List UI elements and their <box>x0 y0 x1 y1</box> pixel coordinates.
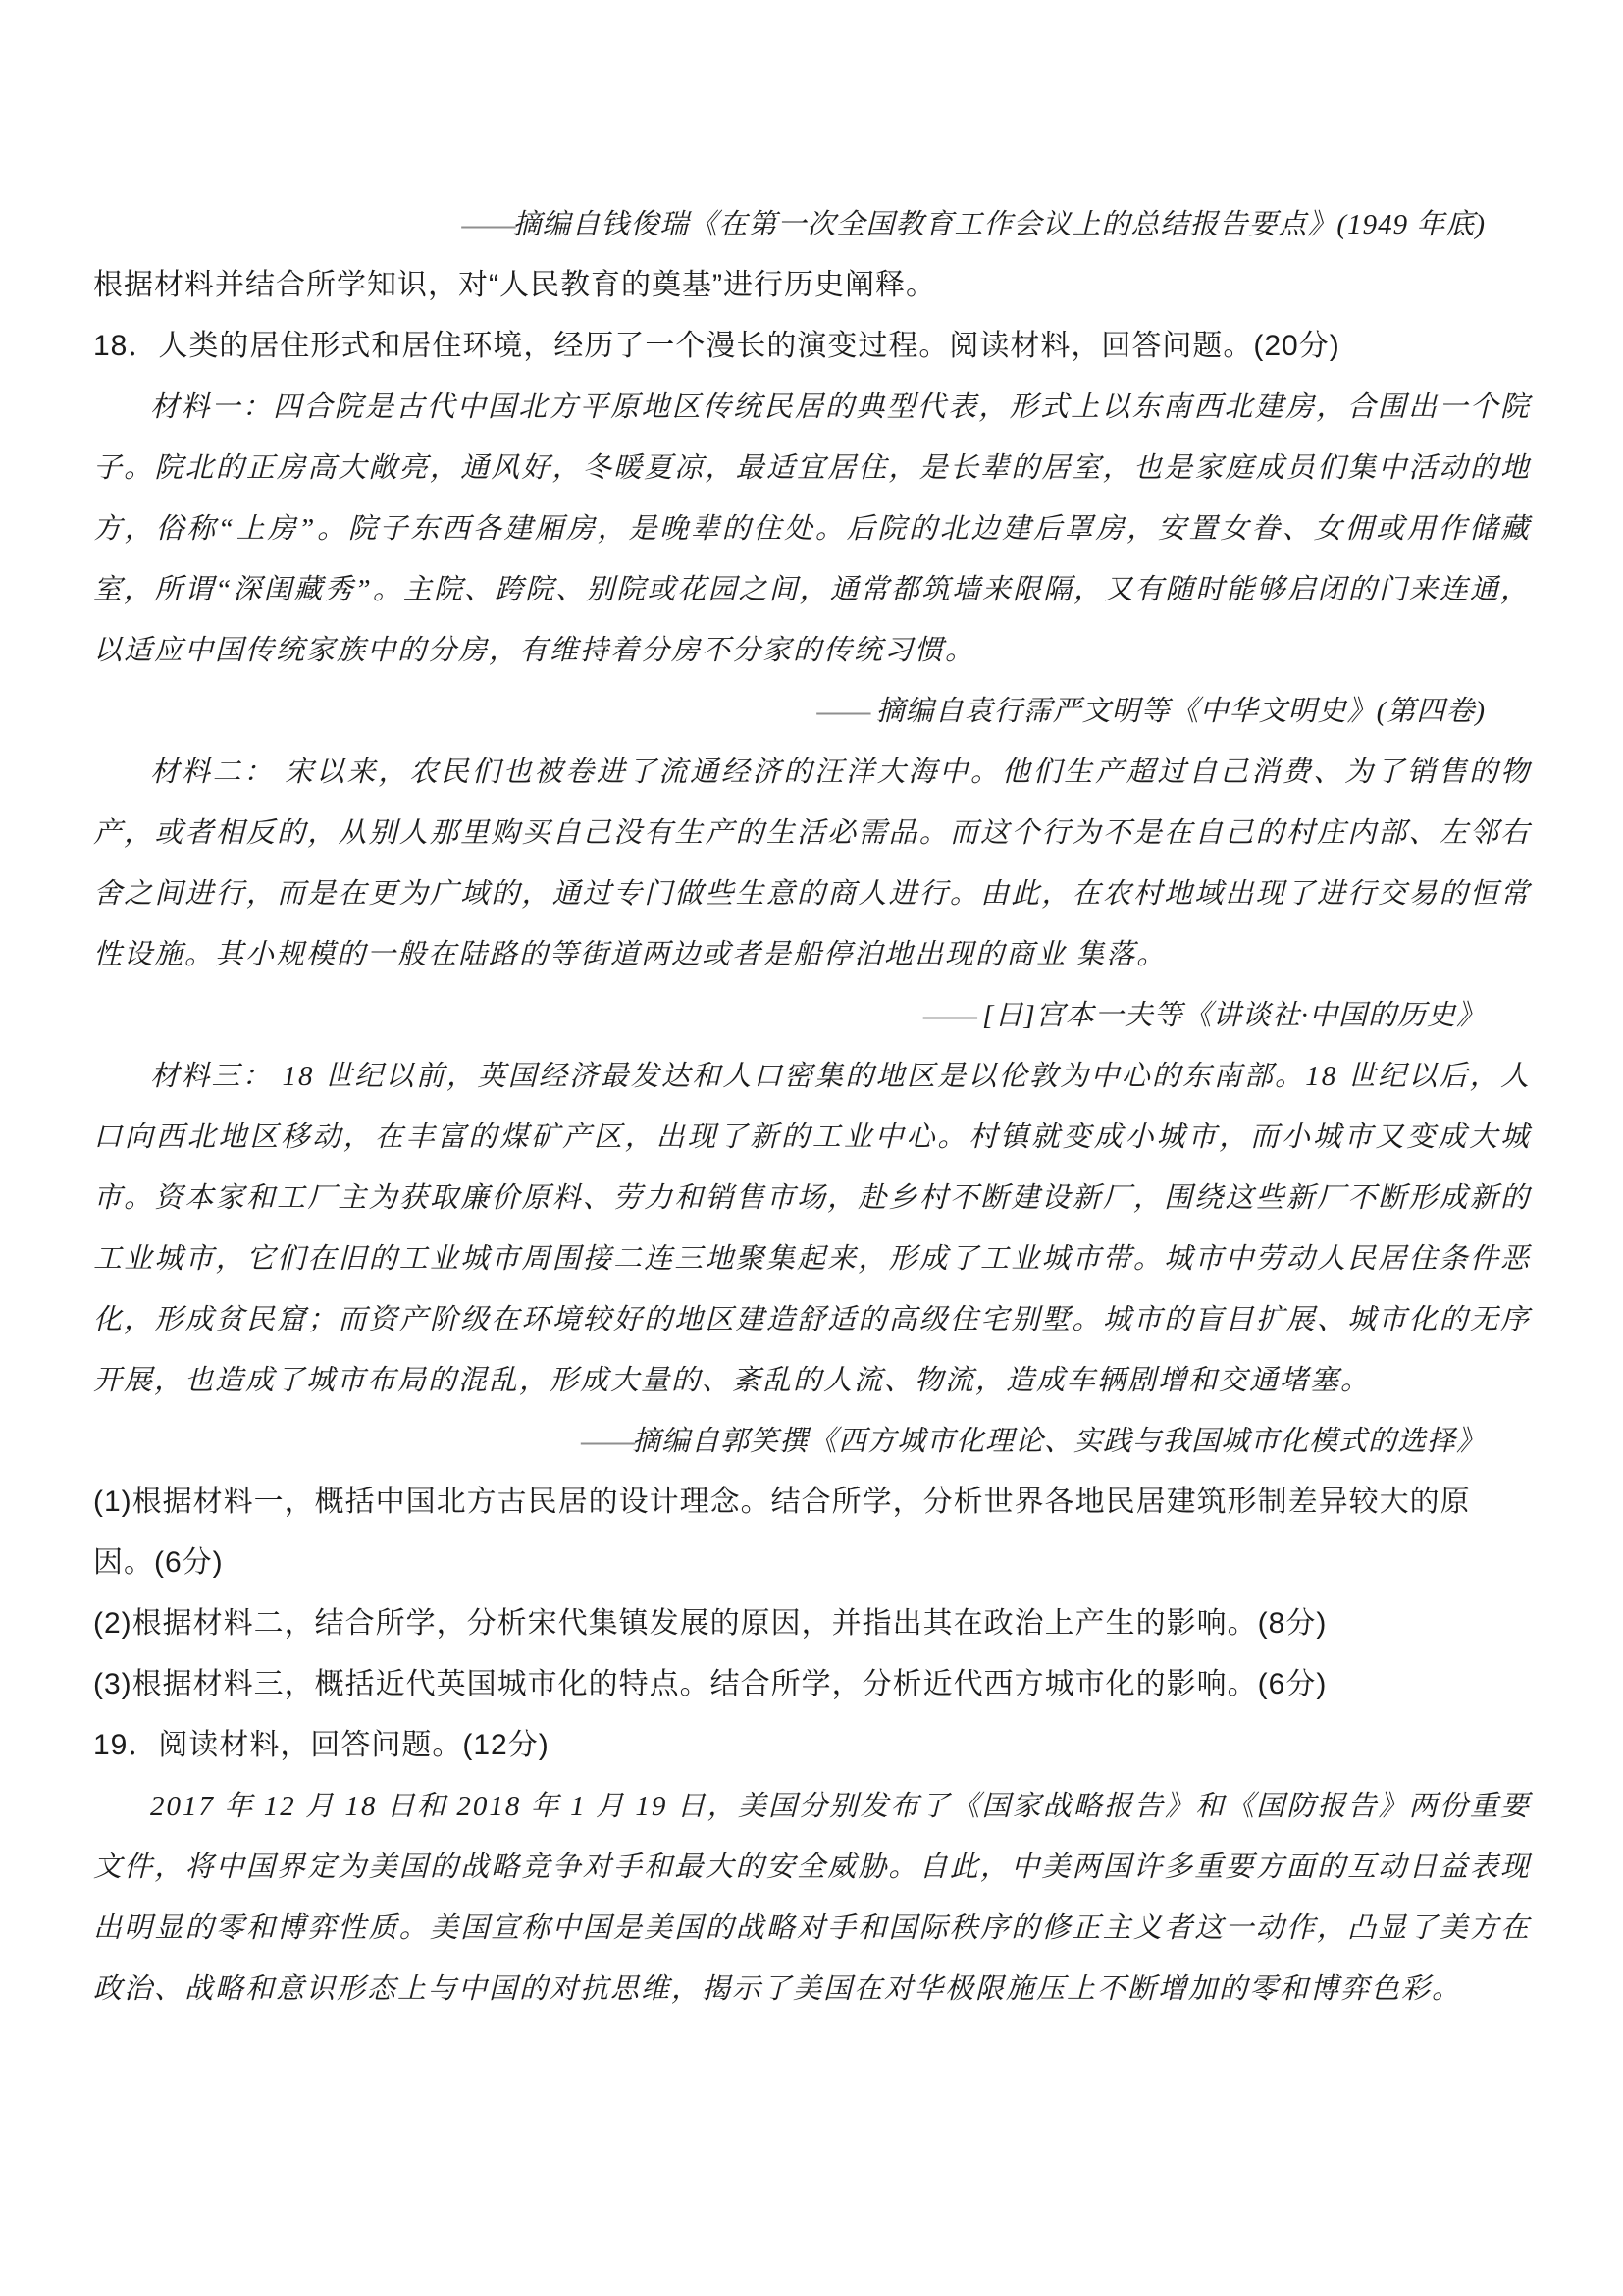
citation-zhonghua-wenmingshi: —— 摘编自袁行霈严文明等《中华文明史》(第四卷) <box>93 681 1531 742</box>
question-18-sub3: (3)根据材料三，概括近代英国城市化的特点。结合所学，分析近代西方城市化的影响。… <box>93 1654 1531 1715</box>
citation-text: [日]宫本一夫等《讲谈社·中国的历史》 <box>974 1000 1486 1031</box>
citation-text: 摘编自郭笑撰《西方城市化理论、实践与我国城市化模式的选择》 <box>632 1426 1486 1457</box>
citation-text: 摘编自钱俊瑞《在第一次全国教育工作会议上的总结报告要点》(1949 年底) <box>512 209 1486 240</box>
material-two-paragraph: 材料二： 宋以来，农民们也被卷进了流通经济的汪洋大海中。他们生产超过自己消费、为… <box>93 742 1531 985</box>
em-dash: —— <box>923 1000 974 1031</box>
citation-education-report: ——摘编自钱俊瑞《在第一次全国教育工作会议上的总结报告要点》(1949 年底) <box>93 194 1531 255</box>
question-18-sub1: (1)根据材料一，概括中国北方古民居的设计理念。结合所学，分析世界各地民居建筑形… <box>93 1472 1531 1593</box>
citation-text: 摘编自袁行霈严文明等《中华文明史》(第四卷) <box>867 696 1486 727</box>
question-18-title: 18．人类的居住形式和居住环境，经历了一个漫长的演变过程。阅读材料，回答问题。(… <box>93 316 1531 377</box>
exam-paper-page: ——摘编自钱俊瑞《在第一次全国教育工作会议上的总结报告要点》(1949 年底) … <box>0 0 1623 2296</box>
citation-western-urbanization: ——摘编自郭笑撰《西方城市化理论、实践与我国城市化模式的选择》 <box>93 1411 1531 1472</box>
material-one-paragraph: 材料一：四合院是古代中国北方平原地区传统民居的典型代表，形式上以东南西北建房，合… <box>93 377 1531 681</box>
citation-jiangtanshe: —— [日]宫本一夫等《讲谈社·中国的历史》 <box>93 985 1531 1046</box>
em-dash: —— <box>461 209 512 240</box>
question-19-material-paragraph: 2017 年 12 月 18 日和 2018 年 1 月 19 日，美国分别发布… <box>93 1776 1531 2019</box>
em-dash: —— <box>581 1426 632 1457</box>
question-18-sub2: (2)根据材料二，结合所学，分析宋代集镇发展的原因，并指出其在政治上产生的影响。… <box>93 1593 1531 1654</box>
prompt-education-interpretation: 根据材料并结合所学知识，对“人民教育的奠基”进行历史阐释。 <box>93 255 1531 316</box>
question-19-title: 19．阅读材料，回答问题。(12分) <box>93 1715 1531 1776</box>
material-three-paragraph: 材料三： 18 世纪以前，英国经济最发达和人口密集的地区是以伦敦为中心的东南部。… <box>93 1046 1531 1411</box>
em-dash: —— <box>816 696 867 727</box>
